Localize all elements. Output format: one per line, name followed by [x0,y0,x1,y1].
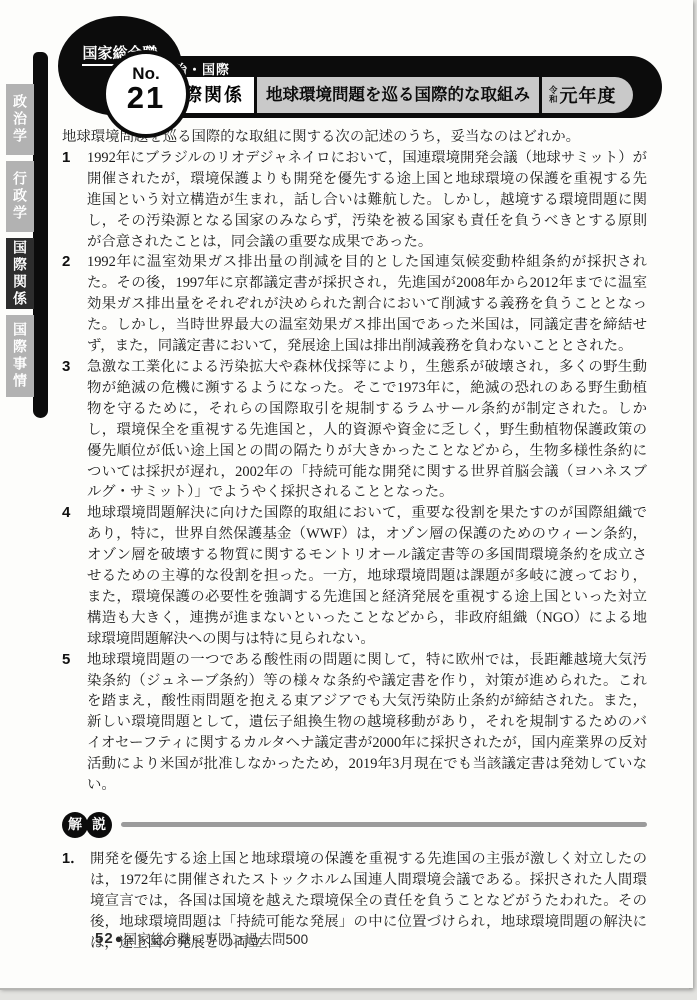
sidebar-item-label: 国際関係 [10,240,30,308]
year-label: 元年度 [560,82,617,108]
sidebar-item-kokusaikankei-active: 国際関係 [6,238,34,309]
question-title: 地球環境問題を巡る国際的な取組み [257,77,539,113]
bullet-icon: ● [115,931,123,946]
option-5: 5 地球環境問題の一つである酸性雨の問題に関して，特に欧州では，長距離越境大気汚… [62,650,647,796]
page-footer: 52 ● 国家総合職＜専門＞過去問500 [95,928,308,948]
question-number-badge: No. 21 [102,50,190,138]
year-badge: 令 和 元年度 [542,77,633,113]
option-number: 2 [62,252,70,273]
option-1: 1 1992年にブラジルのリオデジャネイロにおいて，国連環境開発会議（地球サミッ… [62,148,647,253]
option-text: 1992年にブラジルのリオデジャネイロにおいて，国連環境開発会議（地球サミット）… [87,150,647,250]
header-bar: 政治・国際 国際関係 地球環境問題を巡る国際的な取組み 令 和 元年度 [122,56,662,118]
explanation-number: 1． [62,849,85,870]
option-3: 3 急激な工業化による汚染拡大や森林伐採等により，生態系が破壊され，多くの野生動… [62,357,647,503]
sidebar-item-gyoseigaku: 行政学 [6,161,34,232]
option-number: 1 [62,148,70,169]
option-number: 3 [62,357,70,378]
option-4: 4 地球環境問題解決に向けた国際的取組において，重要な役割を果たすのが国際組織で… [62,503,647,649]
sidebar-rail [33,52,48,418]
option-text: 地球環境問題解決に向けた国際的取組において，重要な役割を果たすのが国際組織であり… [87,505,647,646]
kaisetsu-badge-icon: 説 [86,812,112,838]
explanation-header: 解 説 [62,811,647,838]
sidebar-item-label: 行政学 [10,171,30,222]
question-number: 21 [106,82,186,115]
page-number: 52 [95,930,114,947]
option-2: 2 1992年に温室効果ガス排出量の削減を目的とした国連気候変動枠組条約が採択さ… [62,252,647,357]
footer-text: 国家総合職＜専門＞過去問500 [124,928,309,948]
era-label: 令 和 [549,86,558,105]
kaisetsu-badge-icon: 解 [62,812,88,838]
divider-rule [121,822,647,827]
option-number: 5 [62,650,70,671]
option-text: 急激な工業化による汚染拡大や森林伐採等により，生態系が破壊され，多くの野生動物が… [87,359,647,500]
option-text: 地球環境問題の一つである酸性雨の問題に関して，特に欧州では，長距離越境大気汚染条… [87,652,647,793]
question-body: 地球環境問題を巡る国際的な取組に関する次の記述のうち，妥当なのはどれか。 1 1… [62,127,647,954]
sidebar-item-kokusaijijo: 国際事情 [6,315,34,397]
sidebar-item-seijigaku: 政治学 [6,84,34,155]
sidebar-item-label: 政治学 [10,94,30,145]
sidebar-item-label: 国際事情 [10,322,30,390]
option-text: 1992年に温室効果ガス排出量の削減を目的とした国連気候変動枠組条約が採択された… [87,254,647,354]
page-bottom-edge [0,988,689,990]
option-number: 4 [62,503,70,524]
page-sheet: 政治学 行政学 国際関係 国際事情 国家総合職 政治・国際 国際関係 地球環境問… [0,0,693,988]
header-row: 国際関係 地球環境問題を巡る国際的な取組み 令 和 元年度 [154,77,633,113]
scanned-book-page: { "header": { "series": "国家総合職", "no_lab… [0,0,697,1000]
